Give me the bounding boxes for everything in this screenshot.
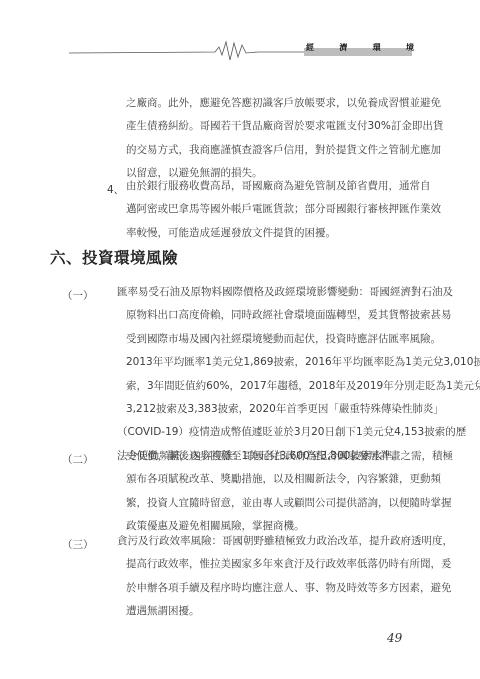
header-section-label: 經 濟 環 境	[306, 42, 414, 53]
text-line: 匯率易受石油及原物料國際價格及政經環境影響變動：哥國經濟對石油及	[117, 281, 480, 304]
continuation-paragraph: 之廠商。此外，應避免答應初識客戶放帳要求，以免養成習慣並避免 產生債務糾紛。哥國…	[126, 92, 443, 186]
list-marker-4: 4、	[107, 182, 124, 197]
text-line: 繁，投資人宜隨時留意，並由專人或顧問公司提供諮詢，以便隨時掌握	[117, 492, 453, 515]
header-char: 經	[306, 42, 314, 53]
list-marker-2: （二）	[62, 452, 94, 467]
text-line: 2013年平均匯率1美元兌1,869披索，2016年平均匯率貶為1美元兌3,01…	[117, 351, 480, 374]
header-zigzag-rule-icon	[0, 0, 480, 70]
text-line: 原物料出口高度倚賴，同時政經社會環境面臨轉型，爰其貨幣披索甚易	[117, 304, 480, 327]
text-line: 提高行政效率，惟拉美國家多年來貪汙及行政效率低落仍時有所聞，爰	[117, 553, 453, 576]
page-header: 經 濟 環 境	[0, 0, 480, 70]
list-marker-3: （三）	[62, 537, 94, 552]
text-line: 法令更動頻繁，內容複雜：哥國各任政府為配合國家發展計畫之需，積極	[117, 445, 453, 468]
text-line: 率較慢，可能造成延遲發放文件提貨的困擾。	[126, 222, 441, 245]
text-line: 索，3年間貶值約60%，2017年趨穩，2018年及2019年分別走貶為1美元兌	[117, 375, 480, 398]
list-marker-1: （一）	[62, 288, 94, 303]
item-3-paragraph: 貪污及行政效率風險：哥國朝野雖積極致力政治改革，提升政府透明度， 提高行政效率，…	[117, 530, 453, 624]
text-line: （COVID-19）疫情造成幣值遽貶並於3月20日創下1美元兌4,153披索的歷	[117, 421, 480, 444]
section-title: 六、投資環境風險	[50, 246, 178, 268]
header-char: 境	[406, 42, 414, 53]
text-line: 頒布各項賦稅改革、獎勵措施，以及相關新法令，內容繁雜，更動頻	[117, 468, 453, 491]
text-line: 受到國際市場及國內社經環境變動而起伏，投資時應評估匯率風險。	[117, 328, 480, 351]
text-line: 邁阿密或巴拿馬等國外帳戶電匯貨款；部分哥國銀行審核押匯作業效	[126, 198, 441, 221]
text-line: 遭遇無謂困擾。	[117, 600, 453, 623]
text-line: 的交易方式，我商應謹慎查證客戶信用，對於提貨文件之管制尤應加	[126, 139, 443, 162]
text-line: 於申辦各項手續及程序時均應注意人、事、物及時效等多方因素，避免	[117, 577, 453, 600]
header-char: 環	[373, 42, 381, 53]
text-line: 貪污及行政效率風險：哥國朝野雖積極致力政治改革，提升政府透明度，	[117, 530, 453, 553]
text-line: 由於銀行服務收費高昂，哥國廠商為避免管制及節省費用，通常自	[126, 175, 441, 198]
text-line: 產生債務糾紛。哥國若干貨品廠商習於要求電匯支付30%訂金即出貨	[126, 115, 443, 138]
item-1-paragraph: 匯率易受石油及原物料國際價格及政經環境影響變動：哥國經濟對石油及 原物料出口高度…	[117, 281, 480, 468]
text-line: 之廠商。此外，應避免答應初識客戶放帳要求，以免養成習慣並避免	[126, 92, 443, 115]
text-line: 3,212披索及3,383披索，2020年首季更因「嚴重特殊傳染性肺炎」	[117, 398, 480, 421]
item-4-paragraph: 由於銀行服務收費高昂，哥國廠商為避免管制及節省費用，通常自 邁阿密或巴拿馬等國外…	[126, 175, 441, 245]
page-number: 49	[387, 631, 402, 645]
header-char: 濟	[339, 42, 347, 53]
item-2-paragraph: 法令更動頻繁，內容複雜：哥國各任政府為配合國家發展計畫之需，積極 頒布各項賦稅改…	[117, 445, 453, 539]
